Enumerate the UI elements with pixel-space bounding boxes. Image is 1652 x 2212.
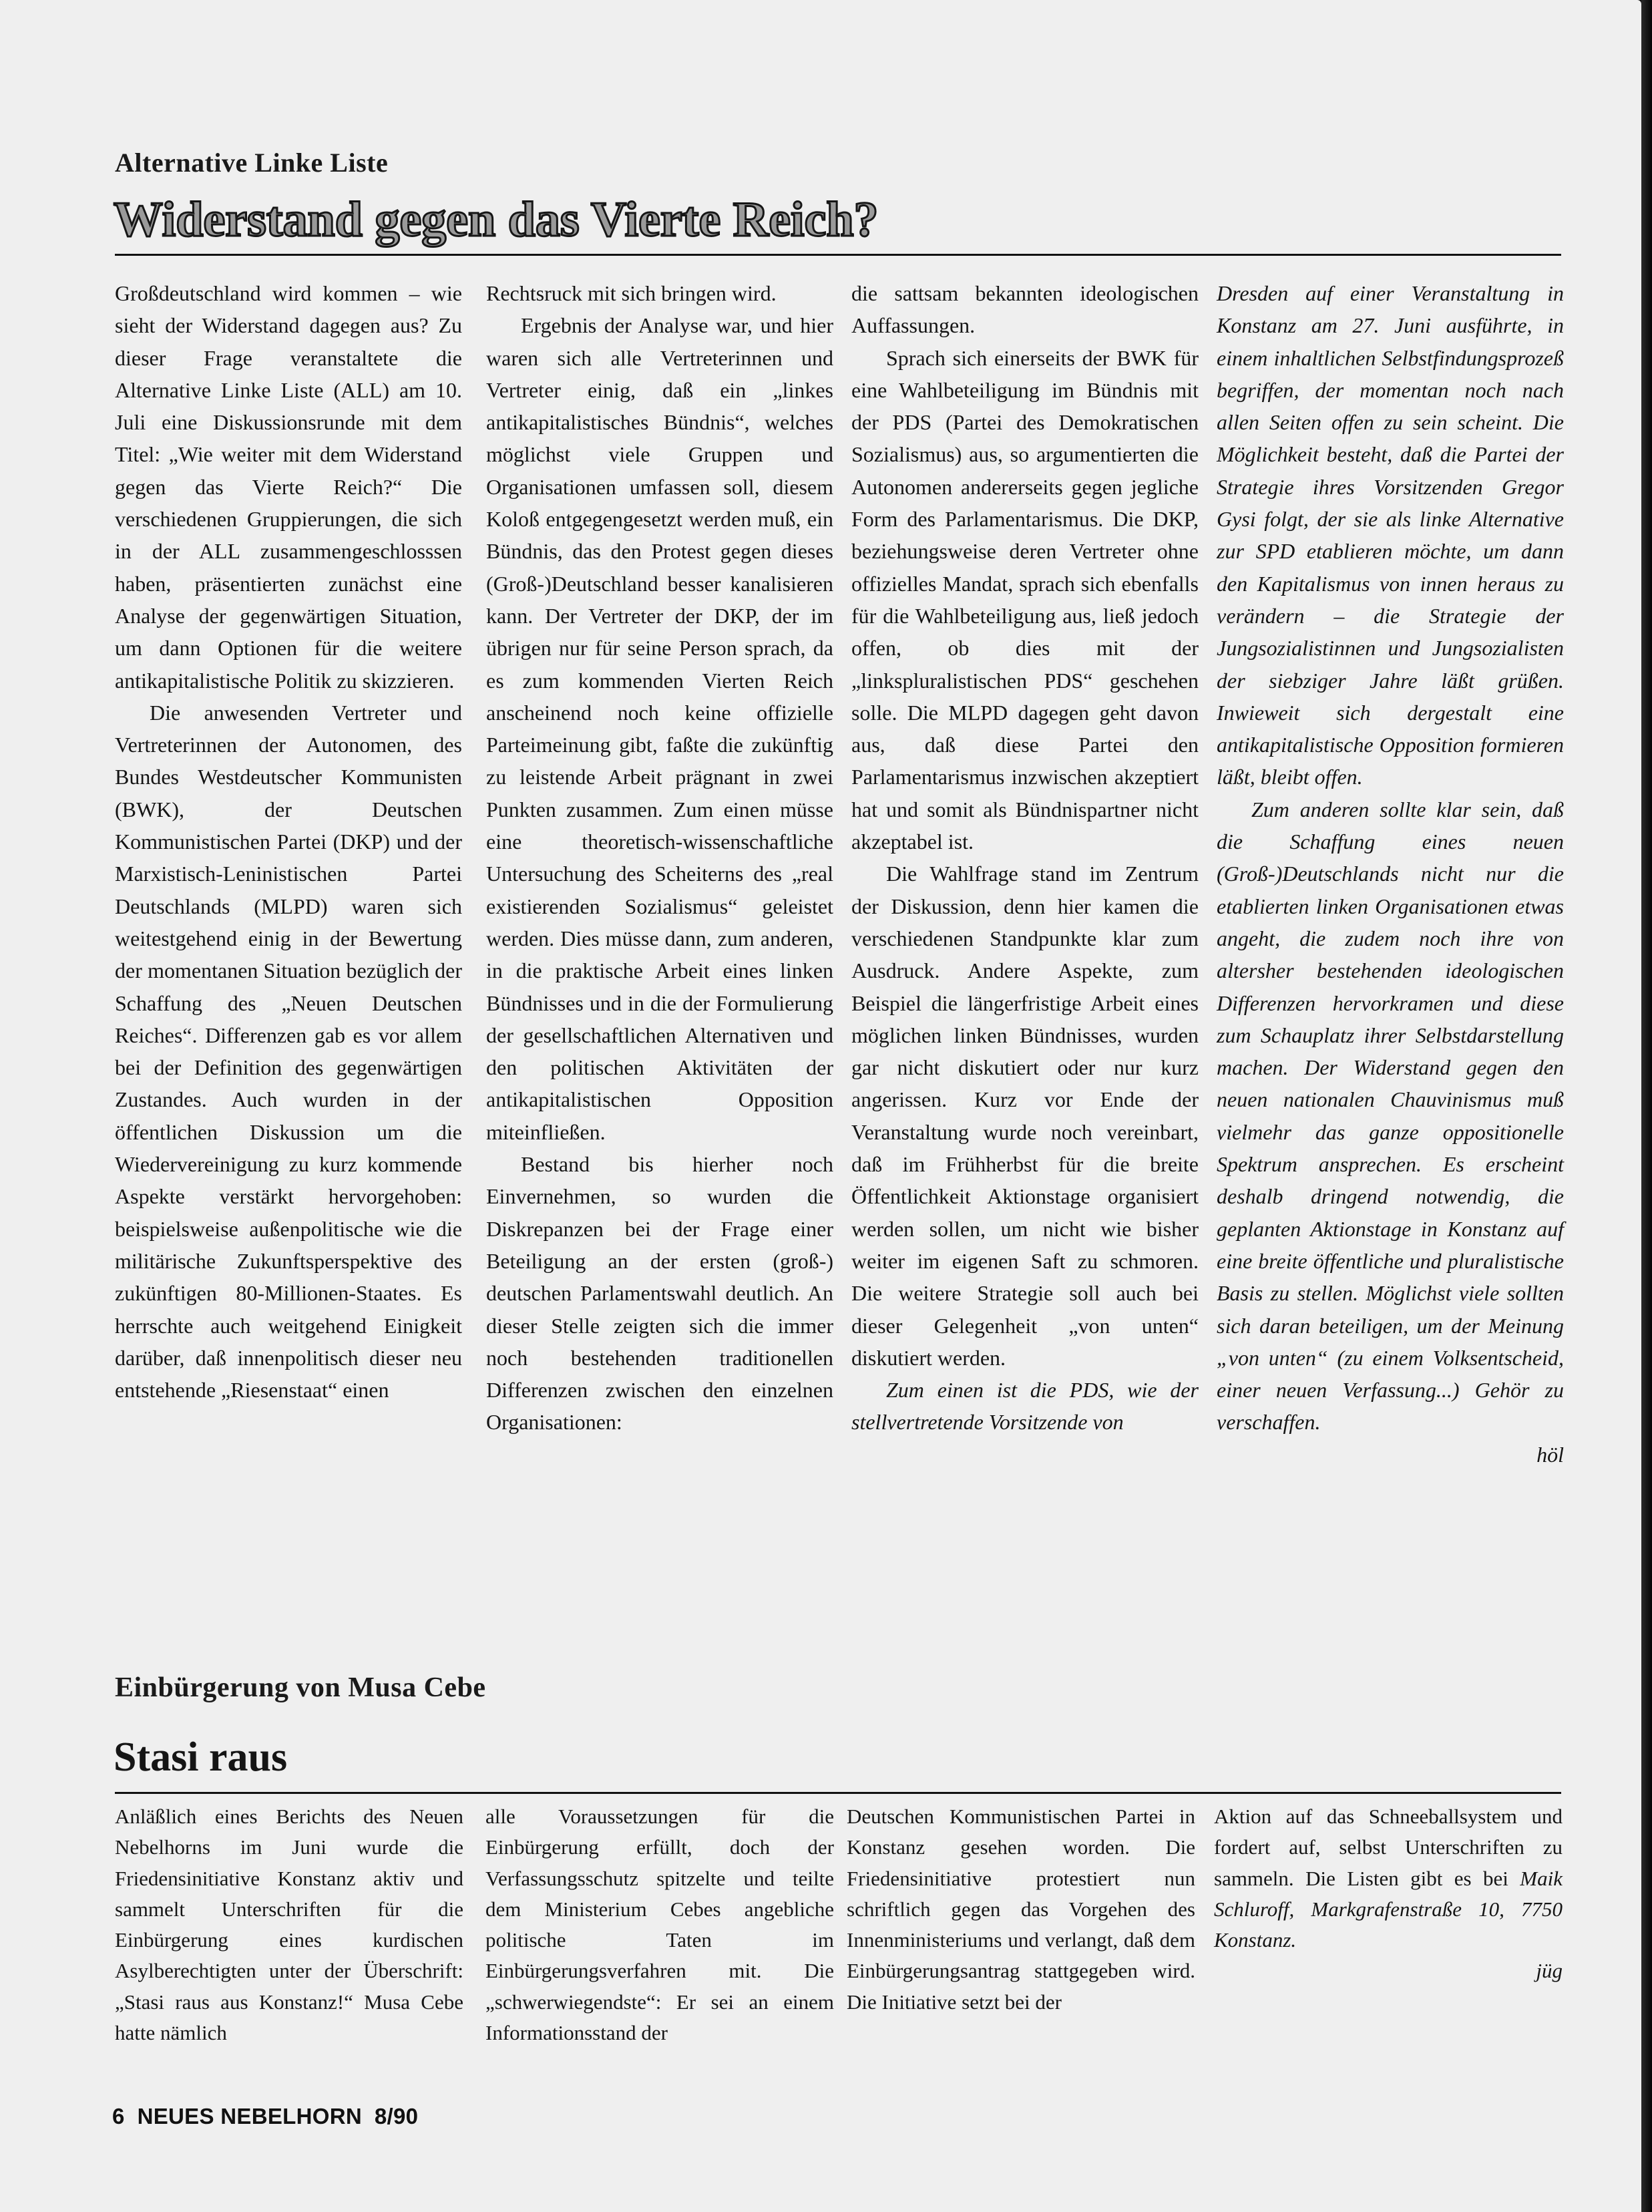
article-kicker: Einbürgerung von Musa Cebe <box>115 1672 486 1704</box>
article-column-2: alle Voraussetzungen für die Einbürgerun… <box>485 1801 834 2048</box>
author-signature: höl <box>1217 1439 1564 1471</box>
paragraph: alle Voraussetzungen für die Einbürgerun… <box>485 1801 834 2048</box>
paragraph-text: Aktion auf das Schneeballsystem und ford… <box>1214 1805 1563 1890</box>
article-column-3: die sattsam bekannten ideologischen Auff… <box>851 277 1199 1439</box>
article-column-4: Aktion auf das Schneeballsystem und ford… <box>1214 1801 1563 1987</box>
article-column-1: Anläßlich eines Berichts des Neuen Nebel… <box>115 1801 463 2048</box>
author-signature: jüg <box>1214 1956 1563 1986</box>
paragraph: Die anwesenden Vertreter und Vertreterin… <box>115 697 462 1407</box>
italic-paragraph: Zum einen ist die PDS, wie der stellvert… <box>851 1374 1199 1439</box>
paragraph: Aktion auf das Schneeballsystem und ford… <box>1214 1801 1563 1956</box>
article-column-4: Dresden auf einer Veranstaltung in Konst… <box>1217 277 1564 1471</box>
newspaper-page: Alternative Linke Liste Widerstand gegen… <box>0 0 1641 2212</box>
article-column-3: Deutschen Kommunistischen Partei in Kons… <box>847 1801 1195 2018</box>
paragraph: Deutschen Kommunistischen Partei in Kons… <box>847 1801 1195 2018</box>
paragraph: die sattsam bekannten ideologischen Auff… <box>851 277 1199 342</box>
article-column-2: Rechtsruck mit sich bringen wird. Ergebn… <box>486 277 833 1439</box>
paragraph: Großdeutschland wird kommen – wie sieht … <box>115 277 462 697</box>
page-number: 6 <box>112 2104 125 2129</box>
article-column-1: Großdeutschland wird kommen – wie sieht … <box>115 277 462 1406</box>
paragraph: Rechtsruck mit sich bringen wird. <box>486 277 833 309</box>
paragraph: Die Wahlfrage stand im Zentrum der Disku… <box>851 858 1199 1374</box>
paragraph: Bestand bis hierher noch Einvernehmen, s… <box>486 1148 833 1439</box>
paragraph: Zum anderen sollte klar sein, daß die Sc… <box>1217 793 1564 1439</box>
page-footer: 6 NEUES NEBELHORN 8/90 <box>112 2104 418 2129</box>
article-kicker: Alternative Linke Liste <box>115 147 388 178</box>
paragraph: Dresden auf einer Veranstaltung in Konst… <box>1217 277 1564 793</box>
article-headline: Stasi raus <box>114 1736 287 1778</box>
page-edge-shadow <box>1641 0 1652 2212</box>
publication-name: NEUES NEBELHORN <box>138 2104 362 2129</box>
paragraph: Sprach sich einerseits der BWK für eine … <box>851 342 1199 858</box>
headline-rule <box>115 1792 1561 1794</box>
paragraph: Ergebnis der Analyse war, und hier waren… <box>486 309 833 1148</box>
paragraph: Anläßlich eines Berichts des Neuen Nebel… <box>115 1801 463 2048</box>
headline-rule <box>115 254 1561 256</box>
issue-number: 8/90 <box>375 2104 418 2129</box>
article-headline: Widerstand gegen das Vierte Reich? <box>114 195 879 244</box>
